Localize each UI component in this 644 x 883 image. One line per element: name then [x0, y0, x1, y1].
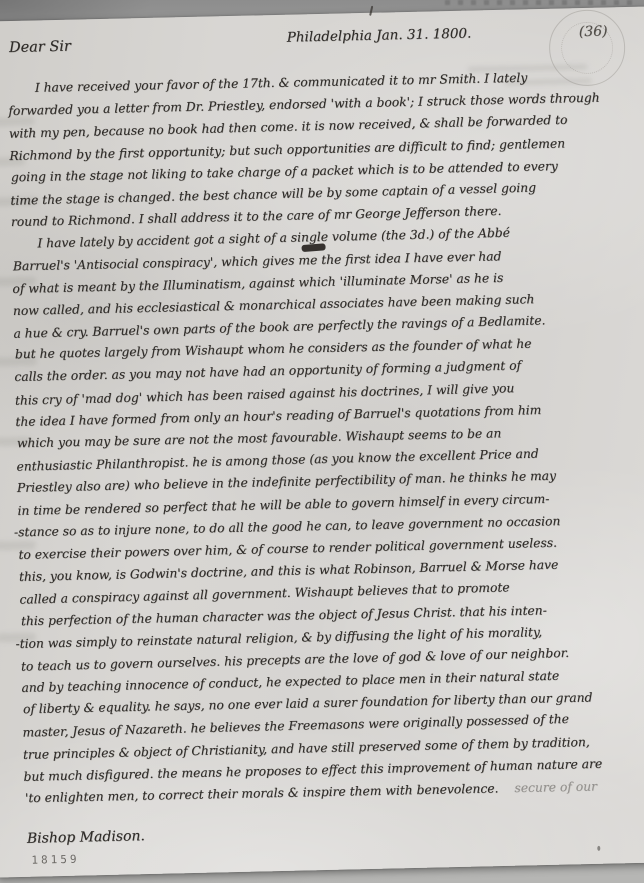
addressee-name: Bishop Madison.: [27, 828, 145, 847]
archive-number-stamp: 18159: [31, 853, 79, 867]
page-number: (36): [579, 23, 608, 40]
ink-mark: [369, 6, 373, 16]
scanned-letter-page: Dear Sir Philadelphia Jan. 31. 1800. (36…: [0, 0, 644, 883]
salutation: Dear Sir: [9, 39, 71, 56]
ink-dot: [597, 846, 600, 851]
dateline: Philadelphia Jan. 31. 1800.: [287, 26, 472, 46]
letter-line-last-faded: secure of our: [514, 779, 597, 795]
letter-line-last-main: 'to enlighten men, to correct their mora…: [25, 781, 499, 805]
letter-body: I have received your favor of the 17th. …: [8, 64, 640, 810]
letter-paper: Dear Sir Philadelphia Jan. 31. 1800. (36…: [0, 7, 644, 878]
cutoff-archival-notation: [445, 0, 640, 5]
